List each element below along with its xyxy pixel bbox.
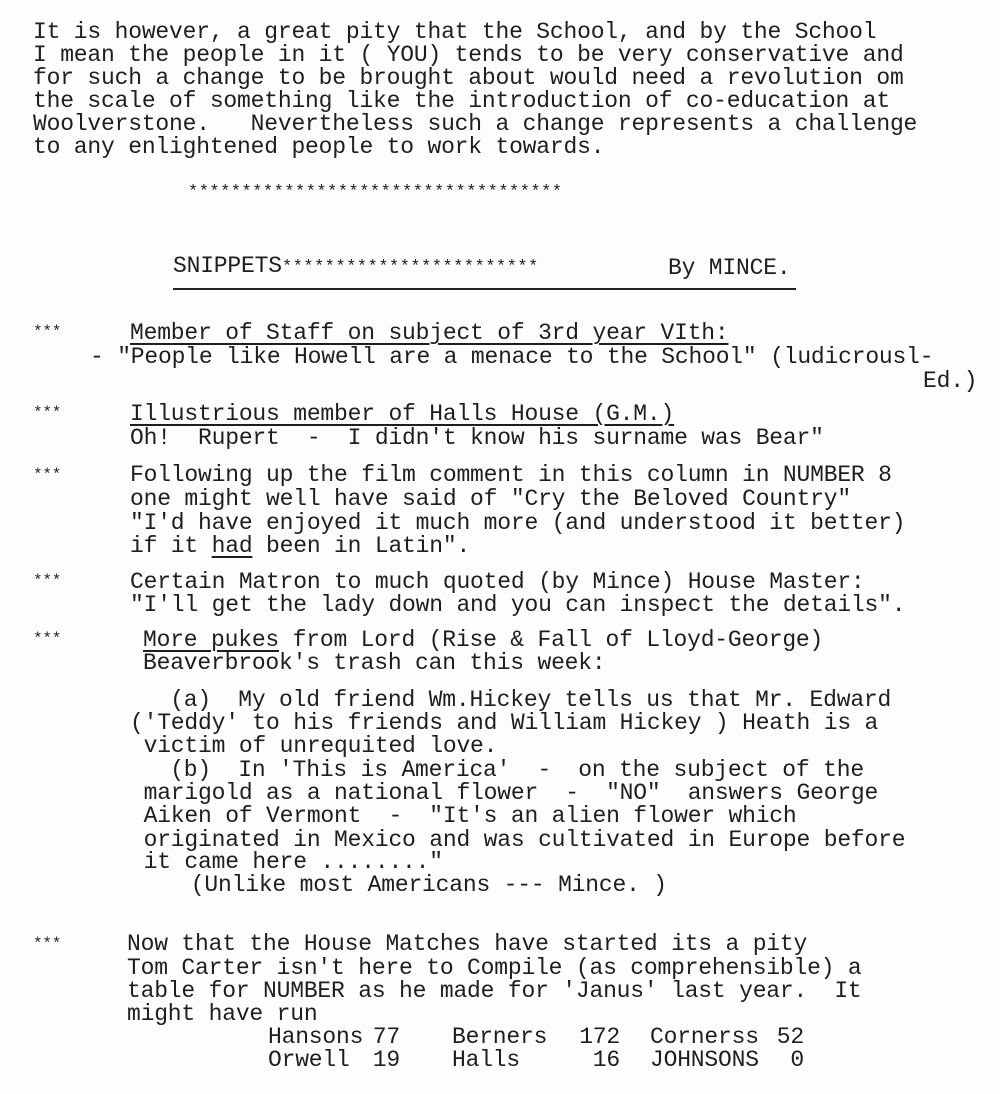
snippet-line: victim of unrequited love. <box>130 735 497 758</box>
snippet-line: table for NUMBER as he made for 'Janus' … <box>127 980 862 1003</box>
bullet-marker: *** <box>33 323 61 341</box>
table-cell-house: Hansons <box>268 1026 363 1049</box>
snippet-line: (b) In 'This is America' - on the subjec… <box>143 759 864 782</box>
bullet-marker: *** <box>33 404 61 422</box>
snippet-line: "I'll get the lady down and you can insp… <box>130 594 905 617</box>
table-cell-score: 16 <box>568 1049 620 1072</box>
snippet-line: might have run <box>127 1003 317 1026</box>
heading-stars: ************************ <box>282 258 539 277</box>
table-cell-score: 172 <box>568 1026 620 1049</box>
heading-byline: By MINCE. <box>668 257 790 280</box>
text-fragment: if it <box>130 533 212 559</box>
bullet-marker: *** <box>33 466 61 484</box>
table-cell-score: 19 <box>368 1049 400 1072</box>
table-cell-score: 52 <box>772 1026 804 1049</box>
heading-underline <box>173 288 796 290</box>
snippet-line: Ed.) <box>923 370 977 393</box>
snippet-line: Oh! Rupert - I didn't know his surname w… <box>130 427 824 450</box>
snippet-line: it came here ........" <box>130 851 443 874</box>
snippet-line: one might well have said of "Cry the Bel… <box>130 488 851 511</box>
snippet-line: Beaverbrook's trash can this week: <box>143 652 605 675</box>
snippet-line: ('Teddy' to his friends and William Hick… <box>130 712 878 735</box>
table-cell-house: JOHNSONS <box>650 1049 759 1072</box>
snippet-line: (a) My old friend Wm.Hickey tells us tha… <box>143 689 891 712</box>
table-cell-score: 77 <box>368 1026 400 1049</box>
intro-line: for such a change to be brought about wo… <box>33 67 904 90</box>
snippet-line: - "People like Howell are a menace to th… <box>90 346 933 369</box>
table-cell-house: Halls <box>452 1049 520 1072</box>
bullet-marker: *** <box>33 630 61 648</box>
snippet-line: Aiken of Vermont - "It's an alien flower… <box>130 805 797 828</box>
emphasis-had: had <box>212 533 253 559</box>
table-cell-score: 0 <box>772 1049 804 1072</box>
snippet-heading: Illustrious member of Halls House (G.M.) <box>130 403 674 426</box>
separator-stars: *********************************** <box>188 183 563 202</box>
table-cell-house: Cornerss <box>650 1026 759 1049</box>
table-cell-house: Berners <box>452 1026 547 1049</box>
snippet-heading: Member of Staff on subject of 3rd year V… <box>130 322 729 345</box>
snippet-line: if it had been in Latin". <box>130 535 470 558</box>
intro-line: to any enlightened people to work toward… <box>33 136 604 159</box>
snippet-line: marigold as a national flower - "NO" ans… <box>130 782 878 805</box>
snippet-line: Now that the House Matches have started … <box>127 933 807 956</box>
snippet-line: "I'd have enjoyed it much more (and unde… <box>130 512 905 535</box>
snippet-line: Following up the film comment in this co… <box>130 464 892 487</box>
bullet-marker: *** <box>33 572 61 590</box>
snippet-line: (Unlike most Americans --- Mince. ) <box>150 874 667 897</box>
heading-title: SNIPPETS <box>173 255 282 278</box>
text-fragment: been in Latin". <box>252 533 470 559</box>
intro-line: It is however, a great pity that the Sch… <box>33 21 876 44</box>
intro-line: the scale of something like the introduc… <box>33 90 890 113</box>
snippet-line: Certain Matron to much quoted (by Mince)… <box>130 571 865 594</box>
snippet-line: Tom Carter isn't here to Compile (as com… <box>127 957 862 980</box>
intro-line: I mean the people in it ( YOU) tends to … <box>33 44 904 67</box>
table-cell-house: Orwell <box>268 1049 350 1072</box>
bullet-marker: *** <box>33 935 61 953</box>
intro-line: Woolverstone. Nevertheless such a change… <box>33 113 917 136</box>
snippet-line: More pukes from Lord (Rise & Fall of Llo… <box>143 629 823 652</box>
